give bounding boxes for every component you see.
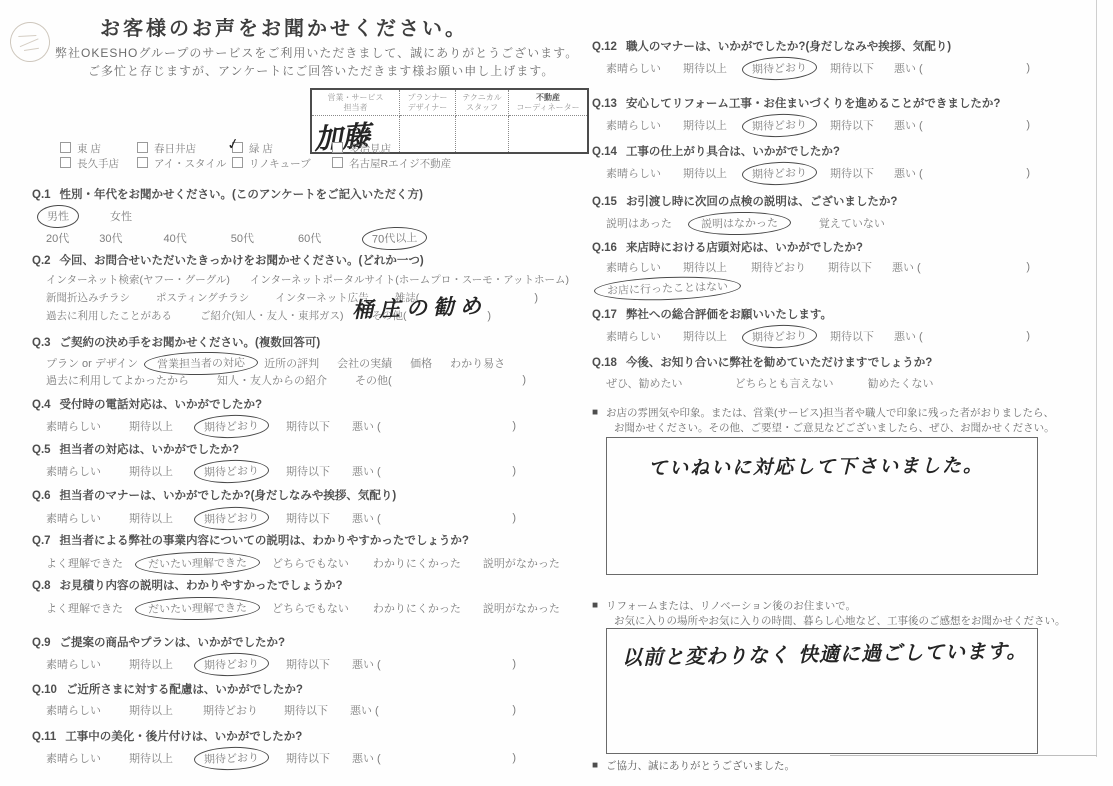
q3-opt-track-record: 会社の実績	[337, 355, 392, 371]
q10-opt-4: 期待以下	[284, 702, 328, 718]
q8-opt-3: どちらでもない	[272, 600, 349, 616]
q2-opt-net-search: インターネット検索(ヤフー・グーグル)	[46, 272, 230, 287]
comment1-handwriting: ていねいに対応して下さいました。	[648, 451, 984, 481]
intro-line-1: 弊社OKESHOグループのサービスをご利用いただきまして、誠にありがとうございま…	[55, 44, 578, 61]
q16-opt-3: 期待どおり	[751, 259, 806, 275]
q7-opt-5: 説明がなかった	[483, 555, 560, 571]
reception-stamp-icon	[6, 18, 55, 67]
store-label: 長久手店	[77, 158, 119, 170]
comment2-header-row: ■ リフォームまたは、リノベーション後のお住まいで。	[592, 598, 856, 613]
q14-number: Q.14	[592, 146, 617, 158]
q4-title: Q.4受付時の電話対応は、いかがでしたか?	[32, 396, 262, 412]
q1-age-50s: 50代	[231, 230, 254, 246]
q5-opt-1: 素晴らしい	[46, 463, 101, 479]
q6-options: 素晴らしい 期待以上 期待どおり 期待以下 悪い ( )	[46, 509, 516, 527]
q11-opt-2: 期待以上	[129, 750, 173, 766]
checkbox-icon	[332, 157, 343, 168]
q17-opt-3-circled: 期待どおり	[742, 324, 818, 350]
q9-opt-4: 期待以下	[286, 656, 330, 672]
q12-number: Q.12	[592, 41, 617, 53]
q16-title: Q.16来店時における店頭対応は、いかがでしたか?	[592, 239, 863, 255]
q8-title: Q.8お見積り内容の説明は、わかりやすかったでしょうか?	[32, 577, 343, 593]
q6-text: 担当者のマナーは、いかがでしたか?(身だしなみや挨拶、気配り)	[60, 490, 397, 502]
q13-opt-5: 悪い (	[894, 117, 923, 133]
q10-opt-5: 悪い (	[350, 702, 379, 718]
q17-title: Q.17弊社への総合評価をお願いいたします。	[592, 306, 832, 322]
q8-text: お見積り内容の説明は、わかりやすかったでしょうか?	[60, 580, 343, 592]
comment1-header-line2: お聞かせください。その他、ご要望・ご意見などございましたら、ぜひ、お聞かせくださ…	[614, 420, 1055, 435]
q6-opt-5: 悪い (	[352, 510, 381, 526]
q12-opt-5: 悪い (	[894, 60, 923, 76]
q7-text: 担当者による弊社の事業内容についての説明は、わかりやすかったでしょうか?	[60, 535, 469, 547]
q3-text: ご契約の決め手をお聞かせください。(複数回答可)	[60, 337, 321, 349]
q12-opt-4: 期待以下	[830, 60, 874, 76]
q17-close-paren: )	[1026, 330, 1030, 342]
q4-opt-4: 期待以下	[286, 418, 330, 434]
q17-opt-2: 期待以上	[683, 328, 727, 344]
q1-age-40s: 40代	[164, 230, 187, 246]
q4-opt-2: 期待以上	[129, 418, 173, 434]
q11-opt-3-circled: 期待どおり	[194, 746, 270, 772]
q14-title: Q.14工事の仕上がり具合は、いかがでしたか?	[592, 143, 840, 159]
q1-gender-female: 女性	[110, 208, 132, 224]
store-nagakute: 長久手店	[60, 156, 119, 171]
q3-row2: 過去に利用してよかったから 知人・友人からの紹介 その他( )	[46, 372, 526, 388]
q7-number: Q.7	[32, 535, 51, 547]
q10-number: Q.10	[32, 684, 57, 696]
q1-age-70plus-circled: 70代以上	[362, 226, 428, 251]
q1-age-options: 20代 30代 40代 50代 60代 70代以上	[46, 229, 419, 247]
square-bullet-icon: ■	[592, 600, 598, 611]
q18-number: Q.18	[592, 357, 617, 369]
checkbox-icon	[60, 157, 71, 168]
q5-options: 素晴らしい 期待以上 期待どおり 期待以下 悪い ( )	[46, 462, 516, 480]
q5-opt-3-circled: 期待どおり	[194, 459, 270, 485]
q1-gender-options: 男性 女性	[46, 207, 132, 225]
q6-number: Q.6	[32, 490, 51, 502]
q18-title: Q.18今後、お知り合いに弊社を勧めていただけますでしょうか?	[592, 354, 932, 370]
staff-col-realestate: 不動産コーディネーター	[509, 90, 587, 116]
q16-never-visited-circled: お店に行ったことはない	[594, 274, 742, 302]
store-label: リノキューブ	[249, 158, 311, 170]
q12-opt-1: 素晴らしい	[606, 60, 661, 76]
q11-text: 工事中の美化・後片付けは、いかがでしたか?	[65, 731, 302, 743]
q14-opt-5: 悪い (	[894, 165, 923, 181]
q2-opt-portal: インターネットポータルサイト(ホームプロ・スーモ・アットホーム)	[250, 272, 569, 287]
q14-opt-2: 期待以上	[683, 165, 727, 181]
q18-opt-2: どちらとも言えない	[735, 375, 834, 391]
q6-close-paren: )	[512, 512, 516, 524]
q5-close-paren: )	[512, 465, 516, 477]
q11-title: Q.11工事中の美化・後片付けは、いかがでしたか?	[32, 728, 302, 744]
q11-opt-5: 悪い (	[352, 750, 381, 766]
q2-opt-flyer: 新聞折込みチラシ	[46, 290, 130, 305]
q9-opt-5: 悪い (	[352, 656, 381, 672]
q9-opt-1: 素晴らしい	[46, 656, 101, 672]
store-label: アイ・スタイル	[154, 158, 226, 170]
q8-opt-2-circled: だいたい理解できた	[135, 596, 260, 621]
q12-options: 素晴らしい 期待以上 期待どおり 期待以下 悪い ( )	[606, 59, 1030, 77]
intro-line-2: ご多忙と存じますが、アンケートにご回答いただきます様お願い申し上げます。	[88, 62, 554, 79]
q13-close-paren: )	[1026, 119, 1030, 131]
checkbox-icon	[137, 157, 148, 168]
q17-opt-5: 悪い (	[894, 328, 923, 344]
q2-row2-close-paren: )	[534, 292, 538, 304]
q7-options: よく理解できた だいたい理解できた どちらでもない わかりにくかった 説明がなか…	[46, 554, 560, 572]
q4-text: 受付時の電話対応は、いかがでしたか?	[60, 399, 263, 411]
q3-opt-price: 価格	[410, 355, 432, 371]
store-label: 名古屋Rエイジ不動産	[349, 158, 451, 170]
staff-cell-realestate	[509, 116, 587, 152]
q10-title: Q.10ご近所さまに対する配慮は、いかがでしたか?	[32, 681, 303, 697]
q2-row3-close-paren: )	[487, 310, 491, 322]
q2-opt-posting: ポスティングチラシ	[156, 290, 249, 305]
q10-opt-1: 素晴らしい	[46, 702, 101, 718]
q8-opt-1: よく理解できた	[46, 600, 123, 616]
q10-text: ご近所さまに対する配慮は、いかがでしたか?	[66, 684, 303, 696]
page-edge-right	[1096, 0, 1097, 757]
q13-text: 安心してリフォーム工事・お住まいづくりを進めることができましたか?	[626, 98, 1000, 110]
q11-opt-4: 期待以下	[286, 750, 330, 766]
q6-opt-1: 素晴らしい	[46, 510, 101, 526]
q12-close-paren: )	[1026, 62, 1030, 74]
store-label: 多治見店	[349, 143, 391, 155]
page-title: お客様のお声をお聞かせください。	[100, 12, 468, 41]
q16-opt-4: 期待以下	[828, 259, 872, 275]
q9-opt-2: 期待以上	[129, 656, 173, 672]
q3-opt-plan: プラン or デザイン	[46, 355, 138, 371]
q16-opt-1: 素晴らしい	[606, 259, 661, 275]
q8-options: よく理解できた だいたい理解できた どちらでもない わかりにくかった 説明がなか…	[46, 599, 560, 617]
q14-opt-3-circled: 期待どおり	[742, 161, 818, 187]
q13-number: Q.13	[592, 98, 617, 110]
q13-opt-1: 素晴らしい	[606, 117, 661, 133]
store-nagoya-r-age: 名古屋Rエイジ不動産	[332, 156, 451, 171]
q2-title: Q.2今回、お問合せいただいたきっかけをお聞かせください。(どれか一つ)	[32, 252, 424, 268]
store-label: 春日井店	[154, 143, 196, 155]
checkbox-icon	[137, 142, 148, 153]
q5-title: Q.5担当者の対応は、いかがでしたか?	[32, 441, 239, 457]
q7-opt-2-circled: だいたい理解できた	[135, 551, 260, 576]
q1-gender-male-circled: 男性	[37, 204, 80, 228]
comment2-header-line1: リフォームまたは、リノベーション後のお住まいで。	[606, 598, 856, 613]
square-bullet-icon: ■	[592, 407, 598, 418]
q16-extra-option: お店に行ったことはない	[606, 279, 729, 297]
q4-number: Q.4	[32, 399, 51, 411]
q12-opt-2: 期待以上	[683, 60, 727, 76]
q14-opt-1: 素晴らしい	[606, 165, 661, 181]
q13-opt-4: 期待以下	[830, 117, 874, 133]
q7-opt-3: どちらでもない	[272, 555, 349, 571]
q3-close-paren: )	[522, 374, 526, 386]
q4-options: 素晴らしい 期待以上 期待どおり 期待以下 悪い ( )	[46, 417, 516, 435]
q3-row1: プラン or デザイン 営業担当者の対応 近所の評判 会社の実績 価格 わかり易…	[46, 354, 505, 372]
staff-col-sales: 営業・サービス担当者	[312, 90, 400, 116]
q15-text: お引渡し時に次回の点検の説明は、ございましたか?	[626, 196, 898, 208]
square-bullet-icon: ■	[592, 760, 598, 771]
footer-thanks-text: ご協力、誠にありがとうございました。	[606, 758, 795, 773]
q15-number: Q.15	[592, 196, 617, 208]
q11-number: Q.11	[32, 731, 56, 743]
q1-age-20s: 20代	[46, 230, 69, 246]
checkbox-icon	[232, 157, 243, 168]
staff-col-planner: プランナーデザイナー	[400, 90, 456, 116]
q10-opt-3: 期待どおり	[203, 702, 258, 718]
q10-opt-2: 期待以上	[129, 702, 173, 718]
q5-opt-4: 期待以下	[286, 463, 330, 479]
staff-cell-planner	[400, 116, 456, 152]
q15-options: 説明はあった 説明はなかった 覚えていない	[606, 214, 885, 232]
q7-opt-4: わかりにくかった	[373, 555, 461, 571]
q12-text: 職人のマナーは、いかがでしたか?(身だしなみや挨拶、気配り)	[626, 41, 951, 53]
q5-opt-2: 期待以上	[129, 463, 173, 479]
q18-opt-1: ぜひ、勧めたい	[606, 375, 683, 391]
q18-opt-3: 勧めたくない	[868, 375, 934, 391]
q16-opt-5: 悪い (	[892, 259, 921, 275]
store-kasugai: 春日井店	[137, 141, 196, 156]
q3-opt-reputation: 近所の評判	[264, 355, 319, 371]
staff-col-technical: テクニカルスタッフ	[456, 90, 509, 116]
q14-opt-4: 期待以下	[830, 165, 874, 181]
q1-age-30s: 30代	[99, 230, 122, 246]
q10-options: 素晴らしい 期待以上 期待どおり 期待以下 悪い ( )	[46, 702, 516, 718]
q16-options: 素晴らしい 期待以上 期待どおり 期待以下 悪い ( )	[606, 259, 1030, 275]
q1-age-60s: 60代	[298, 230, 321, 246]
q11-opt-1: 素晴らしい	[46, 750, 101, 766]
checkbox-icon	[60, 142, 71, 153]
store-higashi: 東 店	[60, 141, 101, 156]
q16-close-paren: )	[1026, 261, 1030, 273]
q1-title: Q.1性別・年代をお聞かせください。(このアンケートをご記入いただく方)	[32, 186, 423, 202]
q15-opt-1: 説明はあった	[606, 215, 672, 231]
q15-opt-2-circled: 説明はなかった	[688, 211, 791, 236]
q9-number: Q.9	[32, 637, 51, 649]
q16-opt-2: 期待以上	[683, 259, 727, 275]
q17-options: 素晴らしい 期待以上 期待どおり 期待以下 悪い ( )	[606, 327, 1030, 345]
q17-opt-4: 期待以下	[830, 328, 874, 344]
q17-text: 弊社への総合評価をお願いいたします。	[626, 309, 832, 321]
q7-title: Q.7担当者による弊社の事業内容についての説明は、わかりやすかったでしょうか?	[32, 532, 469, 548]
q4-opt-1: 素晴らしい	[46, 418, 101, 434]
q10-close-paren: )	[512, 704, 516, 716]
q2-row1: インターネット検索(ヤフー・グーグル) インターネットポータルサイト(ホームプロ…	[46, 272, 569, 287]
q13-opt-3-circled: 期待どおり	[742, 113, 818, 139]
q9-title: Q.9ご提案の商品やプランは、いかがでしたか?	[32, 634, 285, 650]
q18-options: ぜひ、勧めたい どちらとも言えない 勧めたくない	[606, 375, 934, 391]
q6-title: Q.6担当者のマナーは、いかがでしたか?(身だしなみや挨拶、気配り)	[32, 487, 396, 503]
store-label: 緑 店	[249, 143, 273, 155]
checkbox-icon	[332, 142, 343, 153]
q13-title: Q.13安心してリフォーム工事・お住まいづくりを進めることができましたか?	[592, 95, 1000, 111]
q4-opt-3-circled: 期待どおり	[194, 414, 270, 440]
q13-opt-2: 期待以上	[683, 117, 727, 133]
q4-opt-5: 悪い (	[352, 418, 381, 434]
staff-cell-technical	[456, 116, 509, 152]
q11-options: 素晴らしい 期待以上 期待どおり 期待以下 悪い ( )	[46, 749, 516, 767]
store-aistyle: アイ・スタイル	[137, 156, 226, 171]
q9-opt-3-circled: 期待どおり	[194, 652, 270, 678]
q5-number: Q.5	[32, 444, 51, 456]
q18-text: 今後、お知り合いに弊社を勧めていただけますでしょうか?	[626, 357, 932, 369]
q1-text: 性別・年代をお聞かせください。(このアンケートをご記入いただく方)	[60, 189, 423, 201]
q2-opt-used-before: 過去に利用したことがある	[46, 308, 172, 323]
q5-opt-5: 悪い (	[352, 463, 381, 479]
store-tajimi: 多治見店	[332, 141, 391, 156]
q8-number: Q.8	[32, 580, 51, 592]
q15-opt-3: 覚えていない	[819, 215, 885, 231]
q16-number: Q.16	[592, 242, 617, 254]
q2-text: 今回、お問合せいただいたきっかけをお聞かせください。(どれか一つ)	[60, 255, 424, 267]
footer-row: ■ ご協力、誠にありがとうございました。	[592, 758, 795, 773]
comment2-header-line2: お気に入りの場所やお気に入りの時間、暮らし心地など、工事後のご感想をお聞かせくだ…	[614, 613, 1066, 628]
store-renocube: リノキューブ	[232, 156, 311, 171]
q9-options: 素晴らしい 期待以上 期待どおり 期待以下 悪い ( )	[46, 655, 516, 673]
q1-number: Q.1	[32, 189, 51, 201]
q8-opt-4: わかりにくかった	[373, 600, 461, 616]
q13-options: 素晴らしい 期待以上 期待どおり 期待以下 悪い ( )	[606, 116, 1030, 134]
q3-opt-used-before: 過去に利用してよかったから	[46, 372, 189, 388]
q3-number: Q.3	[32, 337, 51, 349]
q12-title: Q.12職人のマナーは、いかがでしたか?(身だしなみや挨拶、気配り)	[592, 38, 951, 54]
q9-close-paren: )	[512, 658, 516, 670]
page-edge-bottom	[830, 755, 1097, 756]
q11-close-paren: )	[512, 752, 516, 764]
q6-opt-3-circled: 期待どおり	[194, 506, 270, 532]
q7-opt-1: よく理解できた	[46, 555, 123, 571]
survey-form-scan: お客様のお声をお聞かせください。 弊社OKESHOグループのサービスをご利用いた…	[0, 0, 1113, 786]
store-label: 東 店	[77, 143, 101, 155]
q6-opt-4: 期待以下	[286, 510, 330, 526]
q3-opt-referral: 知人・友人からの紹介	[217, 372, 327, 388]
q3-opt-other: その他(	[355, 372, 392, 388]
q15-title: Q.15お引渡し時に次回の点検の説明は、ございましたか?	[592, 193, 897, 209]
q14-close-paren: )	[1026, 167, 1030, 179]
q3-opt-clarity: わかり易さ	[450, 355, 505, 371]
q17-opt-1: 素晴らしい	[606, 328, 661, 344]
comment1-header-line1: お店の雰囲気や印象。または、営業(サービス)担当者や職人で印象に残った者がおりま…	[606, 405, 1054, 420]
q2-opt-referral: ご紹介(知人・友人・東邦ガス)	[200, 308, 344, 323]
q14-options: 素晴らしい 期待以上 期待どおり 期待以下 悪い ( )	[606, 164, 1030, 182]
q14-text: 工事の仕上がり具合は、いかがでしたか?	[626, 146, 840, 158]
q5-text: 担当者の対応は、いかがでしたか?	[60, 444, 240, 456]
q3-title: Q.3ご契約の決め手をお聞かせください。(複数回答可)	[32, 334, 320, 350]
q2-number: Q.2	[32, 255, 51, 267]
q16-text: 来店時における店頭対応は、いかがでしたか?	[626, 242, 863, 254]
q9-text: ご提案の商品やプランは、いかがでしたか?	[60, 637, 286, 649]
comment1-header-row: ■ お店の雰囲気や印象。または、営業(サービス)担当者や職人で印象に残った者がお…	[592, 405, 1054, 420]
q2-other-handwriting: 桶庄の勧め	[352, 290, 488, 325]
q4-close-paren: )	[512, 420, 516, 432]
q12-opt-3-circled: 期待どおり	[742, 56, 818, 82]
q8-opt-5: 説明がなかった	[483, 600, 560, 616]
q17-number: Q.17	[592, 309, 617, 321]
store-check-mark: ✓	[225, 134, 241, 154]
q6-opt-2: 期待以上	[129, 510, 173, 526]
